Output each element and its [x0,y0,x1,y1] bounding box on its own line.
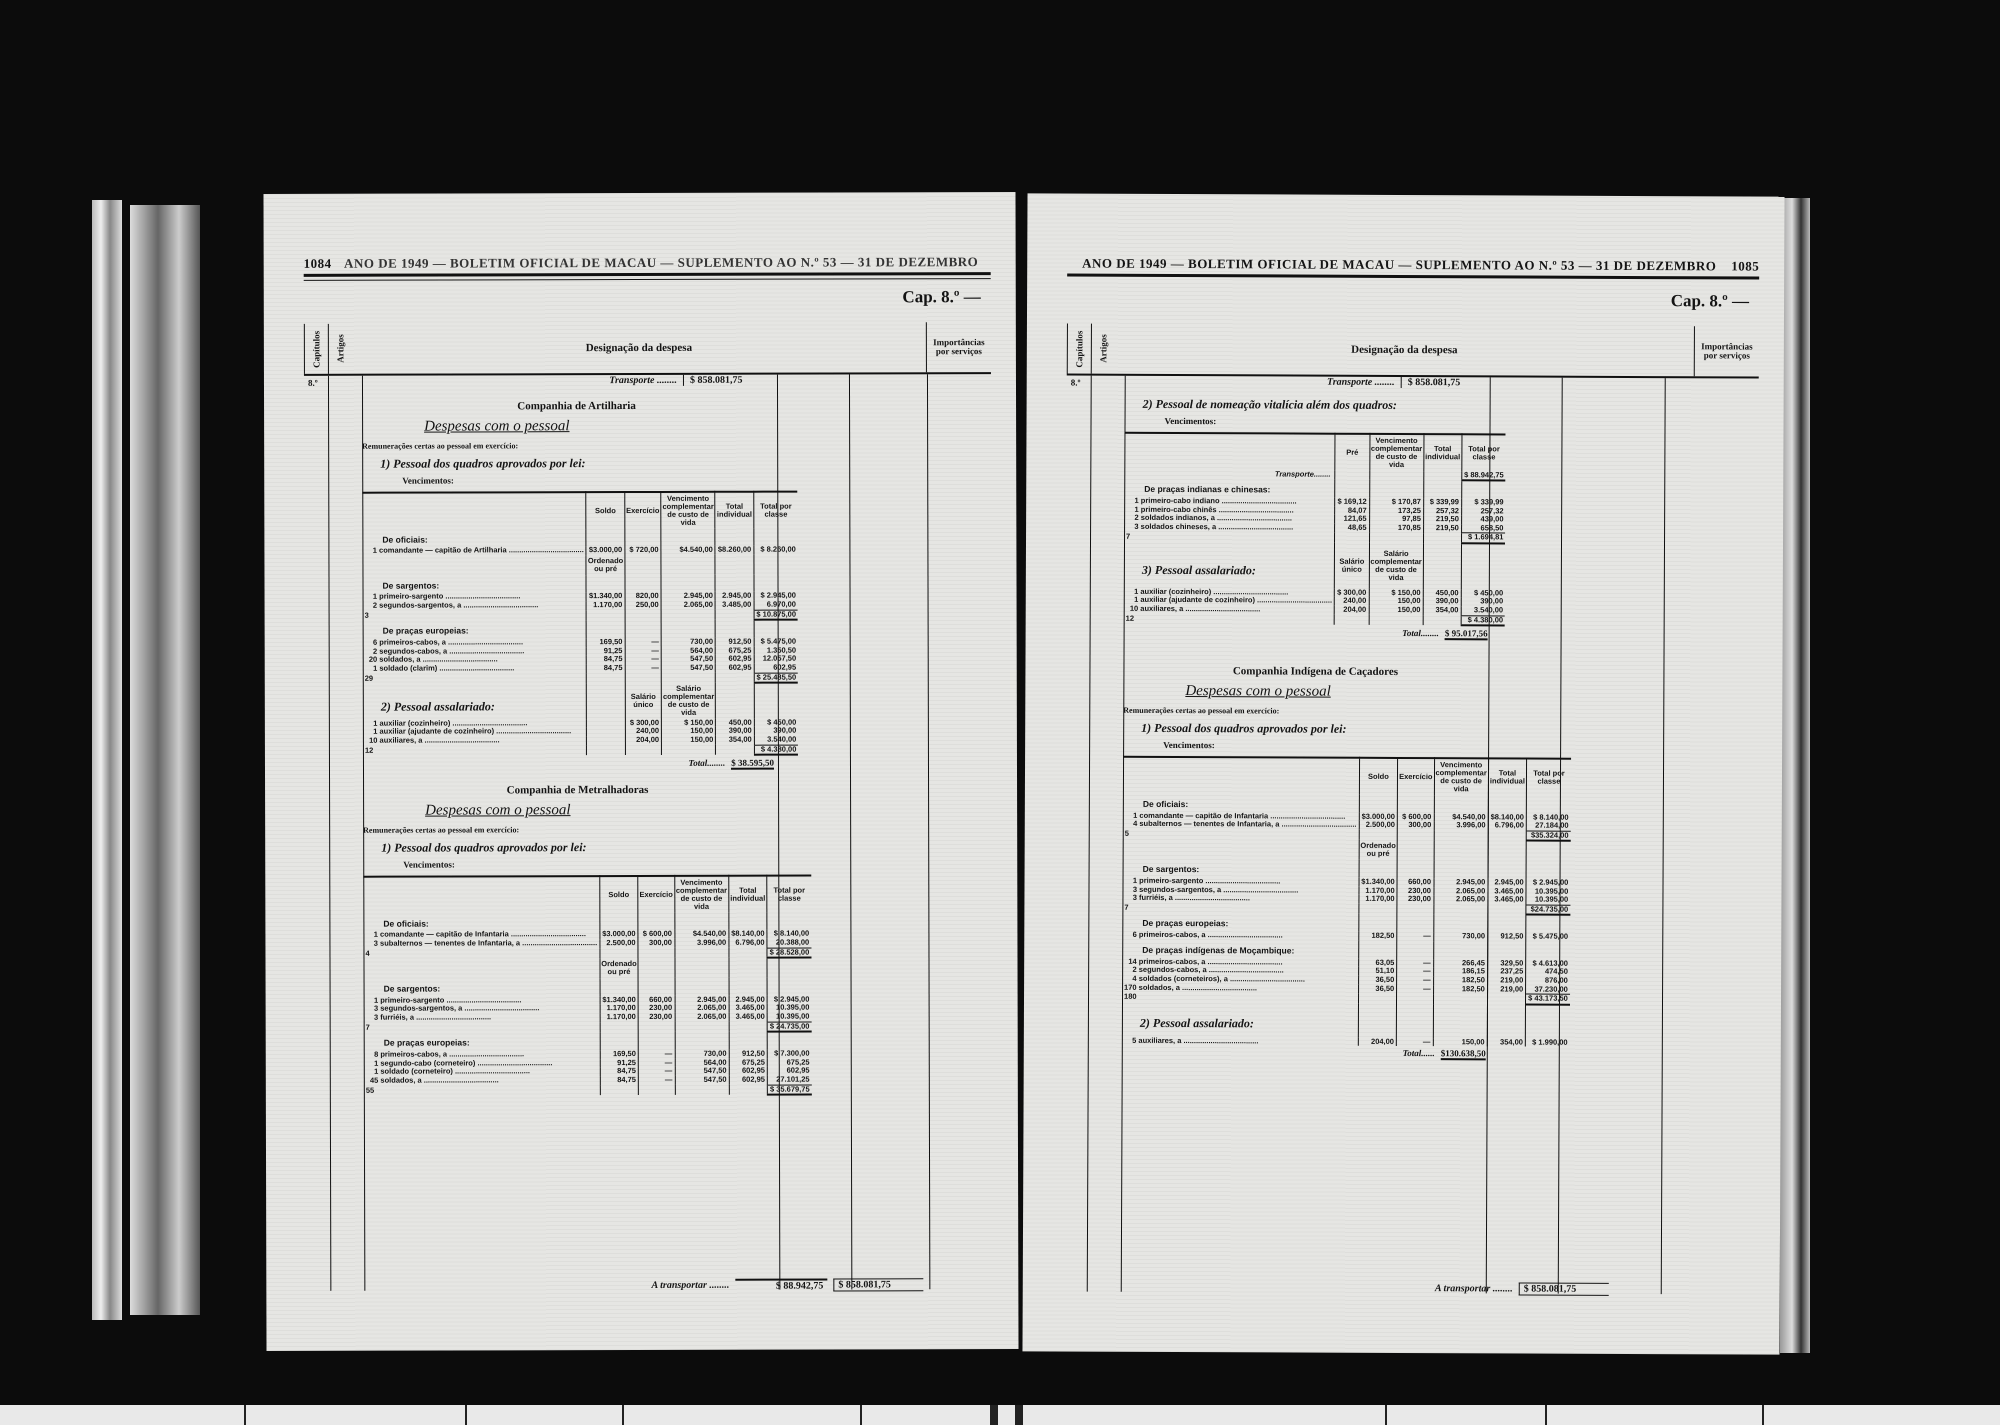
table-cell [586,529,624,547]
company-title: Companhia de Artilharia [362,400,791,413]
table-cell: 182,50 [1359,932,1397,941]
section-heading: Despesas com o pessoal [1185,683,1757,702]
table-cell [600,1022,638,1032]
table-cell: $ 1.990,00 [1525,1038,1569,1047]
table-cell: 2.500,00 [1359,821,1397,830]
table-cell [1359,914,1397,932]
table-cell: 602,95 [754,664,798,673]
header-rule [1067,274,1759,280]
subsection-title: 1) Pessoal dos quadros aprovados por lei… [381,839,992,856]
remuneracoes-label: Remunerações certas ao pessoal em exercí… [363,824,992,835]
table-cell [1487,1004,1526,1038]
table-cell [661,528,715,546]
table-cell [587,736,625,745]
table-cell [1526,915,1570,933]
table-cell [1335,533,1369,543]
table-cell: 170,85 [1369,524,1423,533]
column-header: Exercício [638,876,674,913]
table-cell: 20.388,00 [767,939,811,948]
table-cell: 27.101,25 [767,1076,811,1085]
column-header: Salário único [1335,543,1369,589]
table-cell [1397,830,1433,840]
col-importancias: Importâncias por serviços [927,322,991,372]
table-cell [625,745,661,755]
group-label: De sargentos: [362,575,586,593]
table-cell: 3.996,00 [1434,821,1488,830]
table-cell [586,620,624,638]
table-cell [600,978,638,996]
subtotal-row: 55$ 35.679,75 [364,1085,812,1096]
a-transportar-value: $ 858.081,75 [833,1278,923,1291]
company-title: Companhia Indígena de Caçadores [1123,665,1507,679]
table-cell: 1.170,00 [600,1013,638,1022]
table-cell [729,948,767,958]
table-cell [1123,839,1359,860]
table-cell [1397,994,1433,1004]
table-cell: 204,00 [625,736,661,745]
total-row: Total........ $ 38.595,50 [363,758,774,771]
gazette-title: ANO DE 1949 — BOLETIM OFICIAL DE MACAU —… [332,254,991,272]
table-header-row: SoldoExercícioVencimento complementar de… [363,876,811,914]
table-cell: $8.260,00 [715,546,753,555]
chapter-number: 8.º [308,378,318,388]
row-description: 1 comandante — capitão de Artilharia ...… [362,546,586,555]
table-cell [638,948,674,958]
table-cell: — [1396,1038,1432,1047]
subsection-title: 1) Pessoal dos quadros aprovados por lei… [380,455,991,472]
table-cell: 36,50 [1358,984,1396,993]
table-cell: 182,50 [1433,985,1487,994]
table-cell [1423,480,1461,498]
column-header: Exercício [1398,758,1435,795]
group-label-row: De praças indígenas de Moçambique: [1122,940,1570,960]
table-cell [767,912,811,930]
column-header: Pré [1335,434,1369,471]
table-cell [1358,941,1396,959]
transporte-value: $ 88.942,75 [1462,471,1506,481]
table-cell: 2.065,00 [675,1013,729,1022]
table-cell [1526,941,1570,959]
table-cell [1434,841,1488,861]
table-cell [1433,915,1487,933]
table-cell [587,727,625,736]
total-row: Total........ $ 95.017,56 [1124,627,1488,641]
a-transportar-partial: $ 88.942,75 [735,1279,827,1292]
group-label-row: De oficiais: [1123,794,1571,814]
table-row: 1 comandante — capitão de Artilharia ...… [362,546,797,556]
group-label: De oficiais: [363,913,599,931]
table-cell [1397,904,1433,914]
col-artigos: Artigos [328,324,352,374]
table-cell [1397,1004,1434,1038]
group-label-row: De sargentos: [1123,859,1571,879]
table-cell [600,1085,638,1095]
a-transportar-label: A transportar ........ [1435,1283,1513,1294]
salary-table: SoldoExercícioVencimento complementar de… [1122,756,1571,1047]
group-label: De oficiais: [362,529,586,547]
remuneracoes-label: Remunerações certas ao pessoal em exercí… [362,440,991,451]
table-cell [586,610,624,620]
table-cell: — [1397,984,1433,993]
column-header: Salário único [625,683,661,719]
table-row: 5 auxiliares, a ........................… [1122,1036,1570,1047]
table-cell [1369,533,1423,543]
row-count: 12 [363,745,587,756]
table-cell [1433,904,1487,914]
running-head: ANO DE 1949 — BOLETIM OFICIAL DE MACAU —… [1067,256,1759,275]
group-label: De praças europeias: [1122,913,1358,932]
table-cell: 219,50 [1423,524,1461,533]
table-cell [638,1032,674,1050]
table-cell [1434,795,1488,813]
section-heading: Despesas com o pessoal [424,417,991,435]
section-heading: Despesas com o pessoal [425,801,992,819]
table-cell [1397,795,1433,813]
table-cell: — [625,664,661,673]
column-header: Salário complementar de custo de vida [1369,543,1423,589]
table-header-row: PréVencimento complementar de custo de v… [1124,433,1506,471]
table-cell: 354,00 [1423,606,1461,615]
assalariado-header-row: 2) Pessoal assalariado: [1122,1003,1570,1039]
table-cell [662,745,716,755]
page-body: 8.º Transporte ........ $ 858.081,75 Com… [304,374,993,1291]
subtotal-value: $ 4.380,00 [754,745,798,755]
left-page: 1084 ANO DE 1949 — BOLETIM OFICIAL DE MA… [263,192,1018,1351]
table-cell [625,575,661,593]
running-head: 1084 ANO DE 1949 — BOLETIM OFICIAL DE MA… [304,254,991,272]
table-cell: $ 720,00 [625,546,661,555]
subtotal-row: 12$ 4.380,00 [1124,614,1505,626]
table-cell [1397,914,1433,932]
table-cell [729,1085,767,1095]
column-header: Ordenado ou pré [586,555,624,575]
table-cell [1369,480,1423,498]
table-cell [754,554,798,574]
table-cell [1433,941,1487,959]
table-cell [586,575,624,593]
table-cell: $ 8.260,00 [754,546,798,555]
table-cell [716,745,754,755]
total-row: Total...... $130.638,50 [1122,1047,1486,1061]
table-cell [767,1032,811,1050]
column-headers: Capítulos Artigos Designação da despesa … [304,322,991,376]
book-edge-left [92,200,122,1320]
table-cell [729,1022,767,1032]
table-cell [1461,543,1505,589]
table-cell: 10.395,00 [767,1013,811,1022]
col-designacao: Designação da despesa [352,322,927,374]
table-cell [767,978,811,996]
vencimentos-label: Vencimentos: [1163,740,1757,753]
table-cell [674,948,728,958]
table-cell [1488,905,1526,915]
column-header: Ordenado ou pré [600,958,638,978]
subtotal-value: $ 10.875,00 [754,610,798,620]
table-cell [1369,470,1423,480]
table-cell [1488,831,1526,841]
group-label: De praças indígenas de Moçambique: [1122,940,1358,959]
table-cell [754,528,798,546]
table-cell: 3.485,00 [715,601,753,610]
column-header: Ordenado ou pré [1359,840,1398,860]
table-cell [363,958,599,978]
table-cell: 3.540,00 [1461,606,1505,615]
column-header: Soldo [600,876,639,913]
col-importancias: Importâncias por serviços [1695,326,1759,376]
salary-table: SoldoExercícioVencimento complementar de… [362,491,798,757]
table-cell [729,912,767,930]
table-cell: 84,75 [587,664,625,673]
table-cell [625,555,661,575]
table-cell [1358,993,1396,1003]
table-cell: 150,00 [1433,1038,1487,1047]
table-cell: 547,50 [675,1076,729,1085]
row-count: 4 [363,948,599,959]
group-label-row: De praças europeias: [1122,913,1570,933]
subtotal-row: 12$ 4.380,00 [363,745,798,756]
header-rule-thin [304,278,991,281]
table-cell [1397,941,1433,959]
table-cell: 354,00 [1487,1038,1525,1047]
company-title: Companhia de Metralhadoras [363,784,792,797]
table-cell [754,620,798,638]
subtotal-value: $ 1.694,81 [1461,533,1505,543]
chapter-label: Cap. 8.º — [902,287,980,307]
table-cell: 230,00 [1397,895,1433,904]
table-cell [600,948,638,958]
table-cell [675,958,729,978]
table-cell [1433,994,1487,1004]
table-cell [661,620,715,638]
column-header [1124,433,1335,470]
table-cell: 219,00 [1487,985,1525,994]
subtotal-value: $ 25.485,50 [754,673,798,683]
vencimentos-label: Vencimentos: [1165,416,1759,429]
table-cell [1526,795,1570,813]
table-cell: $ 5.475,00 [1526,933,1570,942]
row-count: 55 [364,1085,600,1096]
table-cell: 230,00 [638,1013,674,1022]
row-count: 12 [1124,614,1335,625]
table-cell [729,1032,767,1050]
table-cell: 150,00 [1369,606,1423,615]
column-header: Total por classe [754,492,798,529]
table-cell [600,1032,638,1050]
a-transportar-row: A transportar ........ $ 88.942,75 $ 858… [652,1278,994,1292]
table-cell [625,673,661,683]
table-cell: 3.540,00 [754,736,798,745]
table-cell [716,683,754,719]
table-cell [1359,860,1397,878]
a-transportar-label: A transportar ........ [652,1280,730,1291]
table-cell [754,574,798,592]
transporte-row: Transporte ........ $ 858.081,75 [362,375,773,387]
table-cell [1487,941,1525,959]
subsection-title: 2) Pessoal de nomeação vitalícia além do… [1143,397,1759,415]
table-cell [1488,915,1526,933]
table-cell [674,912,728,930]
table-cell [675,1032,729,1050]
table-cell [1434,830,1488,840]
table-cell: — [638,1076,674,1085]
table-cell [1433,1004,1487,1038]
column-header [362,492,586,529]
page-body: 8.º Transporte ........ $ 858.081,75 2) … [1063,376,1759,1295]
col-artigos: Artigos [1091,324,1115,374]
table-cell [638,1022,674,1032]
table-cell: — [1397,932,1433,941]
table-cell [625,610,661,620]
subsection-title: 3) Pessoal assalariado: [1124,542,1335,589]
row-description: 1 auxiliar (ajudante de cozinheiro) ....… [363,727,587,736]
row-description: 6 primeiros-cabos, a ...................… [1122,931,1358,941]
column-header: Total individual [1424,434,1462,471]
table-cell [1526,861,1570,879]
table-cell: 730,00 [1433,932,1487,941]
table-cell [1488,841,1526,861]
book-edge-left-inner [130,205,200,1315]
subtotal-value: $ 35.679,75 [767,1085,811,1095]
table-cell: 2.065,00 [661,601,715,610]
table-cell [675,978,729,996]
table-cell [362,555,586,575]
col-capitulos: Capítulos [1067,324,1091,374]
table-cell: 602,95 [716,664,754,673]
column-header: Salário complementar de custo de vida [661,683,715,719]
table-cell [1461,480,1505,498]
transporte-value: $ 858.081,75 [683,375,773,386]
transporte-row: Transporte ........ $ 858.081,75 [1125,376,1491,389]
vencimentos-label: Vencimentos: [403,858,992,870]
table-cell: 300,00 [1397,821,1433,830]
table-cell [715,574,753,592]
total-label: Total........ [1402,628,1439,640]
table-cell [600,913,638,931]
column-header: Total individual [1488,759,1527,796]
table-cell: $4.540,00 [661,546,715,555]
table-cell: 84,75 [600,1076,638,1085]
remuneracoes-label: Remunerações certas ao pessoal em exercí… [1123,706,1757,718]
table-cell [1335,470,1369,480]
page-number: 1085 [1731,258,1759,274]
column-header: Total por classe [1527,759,1571,796]
table-cell [715,610,753,620]
column-header: Total individual [715,492,753,529]
column-header: Total por classe [767,876,811,913]
row-description: 5 auxiliares, a ........................… [1122,1036,1358,1046]
row-description: 3 furriéis, a ..........................… [1122,894,1358,904]
table-cell: 354,00 [716,736,754,745]
column-header: Total por classe [1462,434,1506,471]
table-cell [1335,480,1369,498]
table-cell [675,1085,729,1095]
row-description: 4 subalternos — tenentes de Infantaria, … [1123,820,1359,830]
table-cell [587,673,625,683]
table-cell: 912,50 [1488,933,1526,942]
total-value: $ 95.017,56 [1445,628,1488,640]
table-cell [1423,543,1461,589]
group-label: De praças indianas e chinesas: [1124,479,1335,498]
transporte-value: $ 858.081,75 [1401,377,1491,388]
table-cell [1424,471,1462,481]
table-cell [715,555,753,575]
a-transportar-row: A transportar ........ $ 858.081,75 [1435,1282,1755,1296]
subsection-title: 2) Pessoal assalariado: [1122,1003,1358,1038]
col-designacao: Designação da despesa [1115,324,1695,377]
table-cell [729,978,767,996]
group-label: De sargentos: [364,978,600,996]
column-headers: Capítulos Artigos Designação da despesa … [1067,324,1759,379]
table-cell [716,620,754,638]
chapter-label: Cap. 8.º — [1671,291,1749,311]
right-page: ANO DE 1949 — BOLETIM OFICIAL DE MACAU —… [1022,193,1784,1354]
total-label: Total...... [1403,1048,1435,1060]
group-label: De praças europeias: [363,620,587,638]
column-header: Soldo [1359,758,1398,795]
subsection-title: 1) Pessoal dos quadros aprovados por lei… [1141,721,1757,739]
column-header: Vencimento complementar de custo de vida [1434,758,1488,795]
table-cell [1397,840,1433,860]
book-edge-right [1780,198,1810,1353]
column-header [1123,757,1359,795]
table-cell [638,978,674,996]
table-cell: 3.996,00 [674,939,728,948]
table-cell: 1.170,00 [1359,895,1397,904]
table-cell: 250,00 [625,601,661,610]
vencimentos-label: Vencimentos: [402,474,991,486]
salary-table: SoldoExercícioVencimento complementar de… [363,875,811,1097]
table-cell [1487,994,1525,1004]
col-capitulos: Capítulos [304,324,328,374]
table-cell [1526,1004,1570,1038]
table-cell [587,683,626,719]
table-cell [1358,1004,1397,1038]
column-header: Exercício [625,492,661,529]
column-header: Vencimento complementar de custo de vida [661,492,715,529]
transporte-label: Transporte ........ [1327,377,1395,388]
subtotal-value: $ 43.173,50 [1526,994,1570,1004]
table-cell: 1.170,00 [586,601,624,610]
table-cell [1526,841,1570,861]
table-cell [675,1022,729,1032]
table-cell [1334,615,1368,625]
gazette-title: ANO DE 1949 — BOLETIM OFICIAL DE MACAU —… [1067,256,1731,275]
group-label-row: De sargentos: [364,978,812,997]
group-label: De sargentos: [1123,859,1359,878]
table-cell: 547,50 [661,664,715,673]
table-cell [1359,830,1397,840]
table-cell [625,620,661,638]
table-cell [729,958,767,978]
table-cell [1423,615,1461,625]
page-number: 1084 [304,256,332,272]
column-header: Total individual [729,876,767,913]
transporte-label: Transporte ........ [609,375,677,386]
table-cell [661,610,715,620]
row-count: 7 [364,1022,600,1033]
table-cell [716,673,754,683]
table-cell [625,528,661,546]
group-label: De oficiais: [1123,794,1359,813]
assalariado-header-row: 3) Pessoal assalariado:Salário únicoSalá… [1124,542,1506,589]
column-header: Vencimento complementar de custo de vida [674,876,728,913]
table-cell [715,528,753,546]
table-cell: 150,00 [662,736,716,745]
table-cell [661,574,715,592]
subsection-title: 2) Pessoal assalariado: [363,683,587,719]
subtotal-value: $ 24.735,00 [767,1022,811,1032]
table-cell [754,683,798,719]
